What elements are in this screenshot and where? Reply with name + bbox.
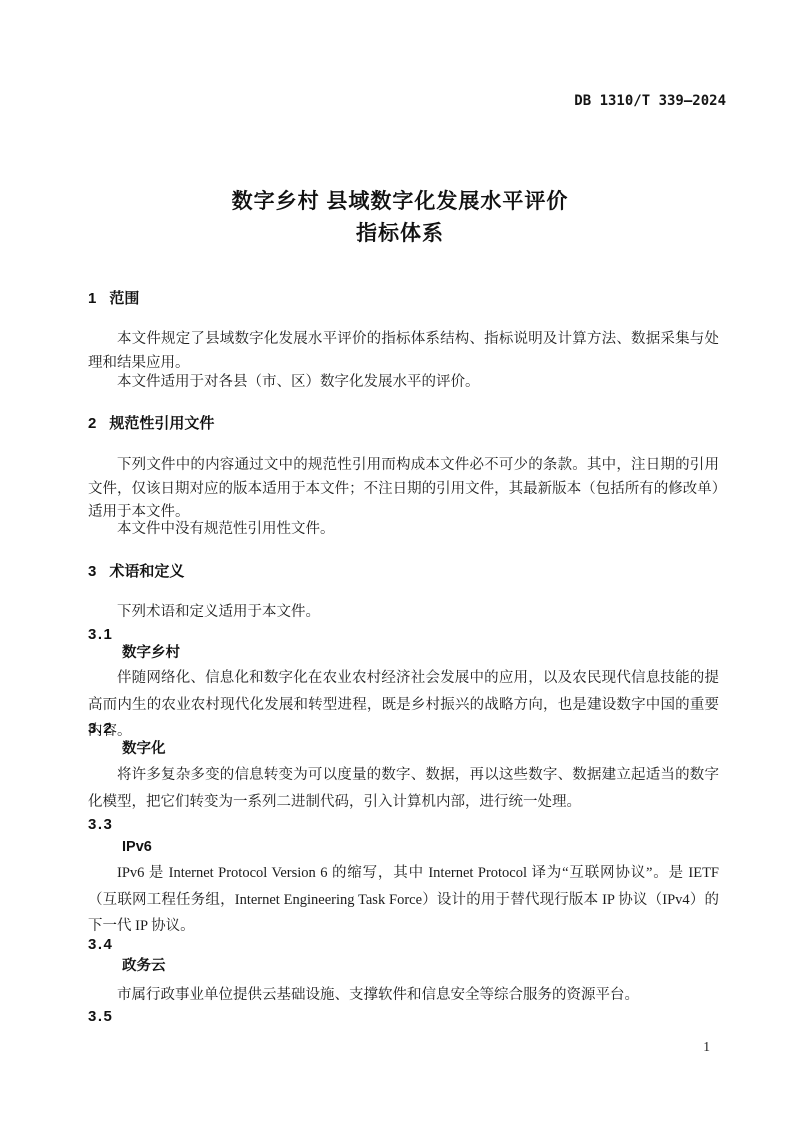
clause-1-number: 1: [88, 289, 96, 309]
clause-3-heading: 3术语和定义: [88, 562, 184, 582]
clause-3-intro: 下列术语和定义适用于本文件。: [88, 601, 719, 625]
document-title-line-1: 数字乡村 县域数字化发展水平评价: [0, 186, 800, 218]
clause-3-number: 3: [88, 562, 96, 582]
term-3-4-number: 3.4: [88, 935, 113, 954]
clause-1-paragraph-1: 本文件规定了县域数字化发展水平评价的指标体系结构、指标说明及计算方法、数据采集与…: [88, 328, 719, 375]
term-3-2-definition: 将许多复杂多变的信息转变为可以度量的数字、数据，再以这些数字、数据建立起适当的数…: [88, 762, 719, 815]
term-3-1-number: 3.1: [88, 625, 113, 644]
document-page: DB 1310/T 339—2024 数字乡村 县域数字化发展水平评价 指标体系…: [0, 0, 800, 1132]
term-3-3-definition: IPv6 是 Internet Protocol Version 6 的缩写，其…: [88, 860, 719, 940]
clause-2-heading: 2规范性引用文件: [88, 414, 214, 434]
page-number: 1: [703, 1039, 710, 1055]
clause-2-paragraph-1: 下列文件中的内容通过文中的规范性引用而构成本文件必不可少的条款。其中，注日期的引…: [88, 454, 719, 525]
document-title-line-2: 指标体系: [0, 218, 800, 250]
term-3-1-name: 数字乡村: [122, 644, 180, 663]
term-3-4-definition: 市属行政事业单位提供云基础设施、支撑软件和信息安全等综合服务的资源平台。: [88, 982, 719, 1009]
clause-1-title: 范围: [109, 290, 139, 307]
document-title: 数字乡村 县域数字化发展水平评价 指标体系: [0, 186, 800, 250]
clause-1-paragraph-2: 本文件适用于对各县（市、区）数字化发展水平的评价。: [88, 371, 719, 395]
term-3-3-number: 3.3: [88, 815, 113, 834]
term-3-3-name: IPv6: [122, 838, 152, 857]
term-3-4-name: 政务云: [122, 957, 166, 976]
clause-2-title: 规范性引用文件: [109, 415, 214, 432]
term-3-2-name: 数字化: [122, 740, 166, 759]
clause-2-number: 2: [88, 414, 96, 434]
clause-3-title: 术语和定义: [109, 563, 184, 580]
term-3-2-number: 3.2: [88, 719, 113, 738]
clause-2-paragraph-2: 本文件中没有规范性引用性文件。: [88, 518, 719, 542]
document-code: DB 1310/T 339—2024: [574, 93, 726, 109]
clause-1-heading: 1范围: [88, 289, 139, 309]
term-3-1-definition: 伴随网络化、信息化和数字化在农业农村经济社会发展中的应用，以及农民现代信息技能的…: [88, 665, 719, 745]
term-3-5-number: 3.5: [88, 1007, 113, 1026]
